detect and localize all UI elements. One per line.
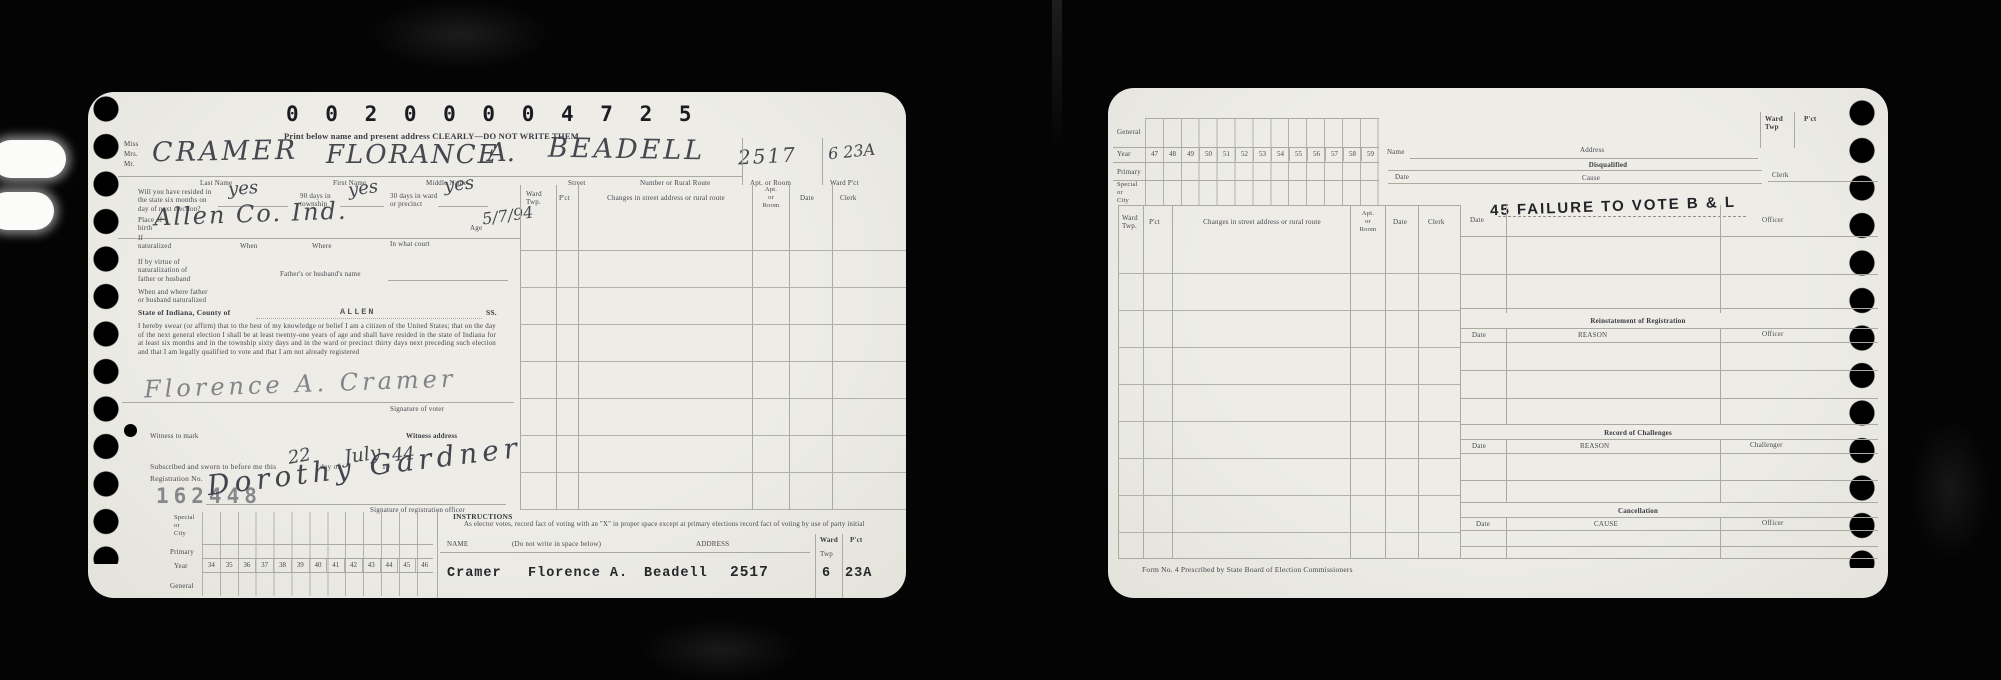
label-general: General [170,582,194,590]
label-address-col: ADDRESS [696,540,729,548]
form-number-note: Form No. 4 Prescribed by State Board of … [1142,565,1353,574]
year-cell: 46 [415,559,433,572]
col-apt-room: Apt. or Room [756,186,786,209]
year-cell: 40 [309,559,327,572]
rule [256,318,482,319]
label-special-back: Special or City [1117,181,1138,204]
registration-card-front: 0 0 2 0 0 0 0 4 7 2 5 Print below name a… [88,92,906,598]
col-changes: Changes in street address or rural route [584,194,748,202]
year-cell: 41 [326,559,344,572]
rule [1506,517,1507,558]
prefix-mr: Mr. [124,160,135,168]
label-ward-pct: Ward P'ct [830,179,859,187]
label-twp-bottom: Twp [820,550,833,558]
col-clerk2-back: Clerk [1428,218,1445,226]
rule [1720,205,1721,313]
typed-number: 2517 [730,565,769,581]
col-apt-back: Apt. or Room [1354,210,1382,233]
year-row-front: 34353637383940414243444546 [202,559,433,572]
rule [1460,308,1878,309]
label-ward-bottom: Ward [820,536,838,544]
prefix-miss: Miss [124,140,138,148]
label-age: Age [470,224,482,232]
changes-grid-rows [520,214,906,511]
year-cell: 57 [1325,148,1343,161]
answer-residence: yes [227,177,258,200]
rule [1506,328,1507,424]
rule [1460,274,1878,275]
rule [1113,180,1379,181]
rule [202,572,433,573]
year-cell: 35 [220,559,238,572]
year-cell: 58 [1343,148,1361,161]
rule [815,534,816,598]
rule [1460,342,1878,343]
label-name-col: NAME [447,540,468,548]
rule [122,402,514,403]
county-value: ALLEN [340,307,376,317]
rule [118,238,520,239]
label-when: When [240,242,258,250]
punch-holes-right [1848,98,1876,568]
year-cell: 48 [1163,148,1181,161]
handwritten-first-name: FLORANCE [326,140,499,170]
label-signature-of-voter: Signature of voter [390,405,444,413]
film-smudge [1910,420,1990,560]
rule [1794,112,1795,148]
film-smudge [370,0,550,70]
rule [1460,328,1878,329]
label-primary: Primary [170,548,194,556]
challenges-challenger-label: Challenger [1750,441,1783,449]
year-cell: 55 [1289,148,1307,161]
cancellation-date-label: Date [1476,520,1490,528]
rule [742,138,743,185]
punch-dot [124,424,137,437]
year-cell: 53 [1253,148,1271,161]
typed-ward: 6 [822,566,831,581]
film-scratch [1052,0,1062,150]
film-light-spot [0,140,66,178]
handwritten-ward-pct: 6 23A [827,140,876,164]
year-cell: 38 [273,559,291,572]
typed-street: Beadell [644,566,708,581]
label-when-where-naturalized: When and where father or husband natural… [138,288,208,305]
col-pct-back: P'ct [1149,218,1160,226]
typed-first-name: Florence A. [528,566,628,581]
suspension-date-label: Date [1470,216,1484,224]
year-cell: 56 [1307,148,1325,161]
oath-text: I hereby swear (or affirm) that to the b… [138,322,496,356]
rule [1113,162,1379,163]
reinstatement-reason-label: REASON [1578,331,1607,339]
rule [1388,170,1762,171]
challenges-date-label: Date [1472,442,1486,450]
rule [206,504,506,505]
rule [1388,183,1762,184]
label-ss: SS. [486,308,497,317]
rule [1506,205,1507,313]
rule [842,534,843,598]
col-ward-twp: Ward Twp. [526,190,542,207]
year-cell: 39 [291,559,309,572]
answer-township: yes [347,176,380,201]
label-year: Year [174,562,188,570]
label-father-name: Father's or husband's name [280,270,361,278]
rule [1460,236,1878,237]
year-cell: 47 [1145,148,1163,161]
year-cell: 59 [1361,148,1379,161]
rule [1410,158,1758,159]
rule [1460,205,1461,558]
rule [1720,439,1721,502]
rule [1460,517,1878,518]
year-row-back: 47484950515253545556575859 [1145,148,1379,161]
rule [1460,370,1878,371]
label-number: Number or Rural Route [640,179,711,187]
reinstatement-date-label: Date [1472,331,1486,339]
film-light-spot [0,192,54,230]
typed-last-name: Cramer [447,566,502,581]
label-disqualified: Disqualified [1528,161,1688,169]
rule [118,176,742,177]
rule [1145,118,1379,119]
microfilm-background: 0 0 2 0 0 0 0 4 7 2 5 Print below name a… [0,0,2001,680]
reinstatement-title: Reinstatement of Registration [1528,317,1748,325]
registration-officer-signature: Dorothy Gardner [205,431,524,502]
reinstatement-officer-label: Officer [1762,330,1783,338]
punch-holes-left [92,94,120,564]
label-where: Where [312,242,332,250]
handwritten-last-name: CRAMER [152,135,299,169]
rule [1720,517,1721,558]
rule [440,552,810,553]
label-state-county: State of Indiana, County of [138,308,230,317]
label-pct-corner: P'ct [1804,115,1816,123]
rule [1118,558,1878,559]
label-street: Street [568,179,586,187]
year-cell: 54 [1271,148,1289,161]
col-pct: P'ct [559,194,570,202]
label-address-back: Address [1580,146,1604,154]
rule [1506,439,1507,502]
label-registration-no: Registration No. [150,474,203,483]
label-if-naturalized: If naturalized [138,234,171,251]
rule [202,544,433,545]
rule [1460,530,1878,531]
cancellation-cause-label: CAUSE [1594,520,1618,528]
label-date-back: Date [1395,173,1409,181]
year-cell: 44 [380,559,398,572]
rule [1760,112,1761,148]
instructions-title: INSTRUCTIONS [453,512,513,521]
challenges-title: Record of Challenges [1538,429,1738,437]
rule [1460,480,1878,481]
prefix-mrs: Mrs. [124,150,138,158]
rule [1460,398,1878,399]
rule [388,280,508,281]
changes-grid-rows-back [1118,237,1460,559]
voter-signature: Florence A. Cramer [144,365,457,404]
label-cause-back: Cause [1582,174,1600,182]
col-date: Date [800,194,814,202]
label-pct-bottom: P'ct [850,536,862,544]
label-name-back: Name [1387,148,1405,156]
col-ward-twp-back: Ward Twp. [1122,214,1138,231]
year-cell: 49 [1181,148,1199,161]
label-court: In what court [390,240,430,248]
label-witness-mark: Witness to mark [150,432,199,440]
registration-card-back: General Year Primary Special or City 474… [1108,88,1888,598]
cancellation-title: Cancellation [1558,507,1718,515]
year-cell: 50 [1199,148,1217,161]
year-cell: 45 [397,559,415,572]
suspension-officer-label: Officer [1762,216,1783,224]
col-clerk: Clerk [840,194,857,202]
serial-number-stamp: 0 0 2 0 0 0 0 4 7 2 5 [286,102,699,126]
question-ward: 30 days in ward or precinct [390,192,438,209]
rule [437,510,438,598]
rule [1460,502,1878,503]
label-year-back: Year [1117,150,1131,158]
year-cell: 42 [344,559,362,572]
typed-pct: 23A [845,566,872,581]
handwritten-middle-name: A. [488,138,515,168]
label-name-note: (Do not write in space below) [512,540,601,548]
rule [1720,328,1721,424]
label-primary-back: Primary [1117,168,1141,176]
instructions-body: As elector votes, record fact of voting … [464,521,900,529]
year-cell: 34 [202,559,220,572]
handwritten-street: BEADELL [548,133,706,167]
col-date2-back: Date [1393,218,1407,226]
year-cell: 52 [1235,148,1253,161]
rule [1460,453,1878,454]
answer-ward: yes [443,172,475,196]
year-cell: 43 [362,559,380,572]
cancellation-officer-label: Officer [1762,519,1783,527]
film-smudge [640,620,800,680]
rule [822,138,823,185]
vote-grid-columns [202,512,433,596]
rule [438,206,488,207]
label-by-virtue: If by virtue of naturalization of father… [138,258,190,283]
rule [1460,439,1878,440]
label-special-or-city: Special or City [174,514,195,537]
label-general-back: General [1117,128,1141,136]
year-cell: 51 [1217,148,1235,161]
challenges-reason-label: REASON [1580,442,1609,450]
rule [1460,546,1878,547]
rule [1768,181,1878,182]
year-cell: 36 [238,559,256,572]
col-changes-back: Changes in street address or rural route [1176,218,1348,226]
rule [1460,424,1878,425]
rule [1118,205,1460,206]
handwritten-birthplace: Allen Co. Ind. [154,197,348,232]
label-ward-twp-corner: Ward Twp [1765,115,1783,132]
handwritten-number: 2517 [737,142,797,169]
year-cell: 37 [255,559,273,572]
label-clerk-back: Clerk [1772,171,1789,179]
